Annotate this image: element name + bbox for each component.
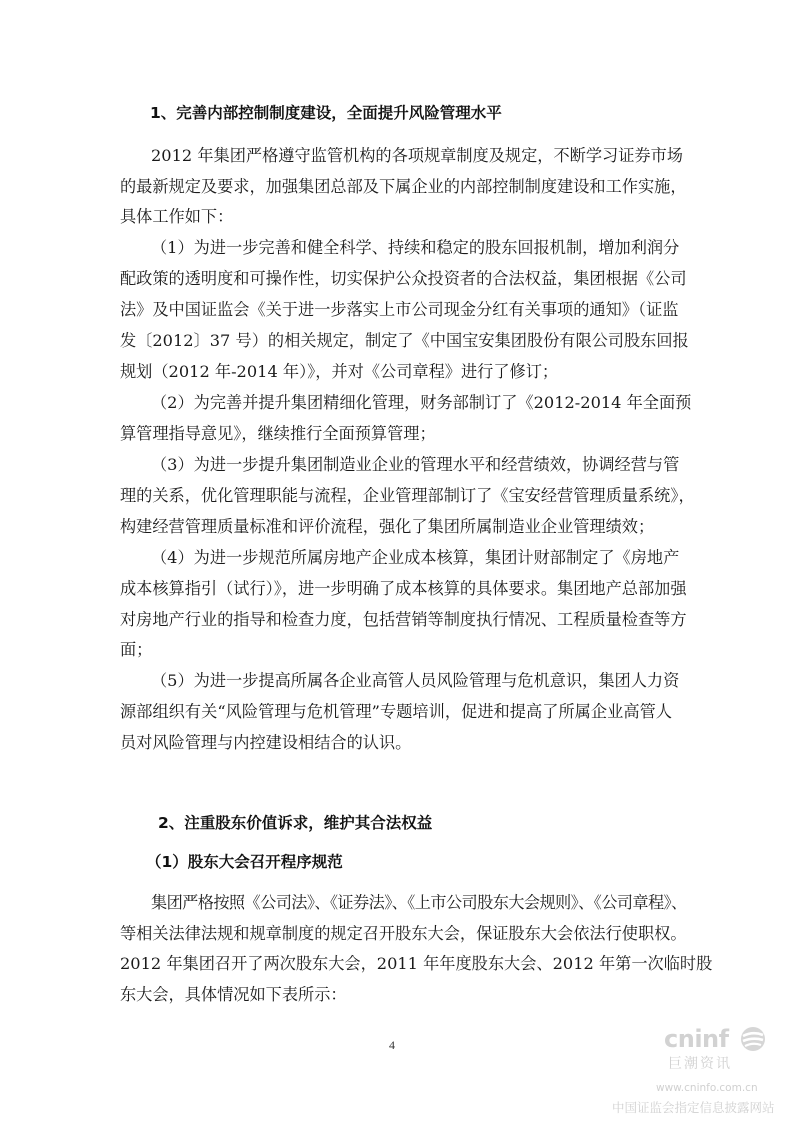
item-2-line-1: （2）为完善并提升集团精细化管理，财务部制订了《2012-2014 年全面预 xyxy=(151,388,672,418)
item-1-line-5: 规划（2012 年-2014 年）》，并对《公司章程》进行了修订； xyxy=(120,357,672,387)
intro-line-3: 具体工作如下： xyxy=(120,202,672,232)
section-2-line-3: 2012 年集团召开了两次股东大会，2011 年年度股东大会、2012 年第一次… xyxy=(120,949,672,979)
section-1-heading: 1、完善内部控制制度建设，全面提升风险管理水平 xyxy=(150,101,502,125)
document-page: 1、完善内部控制制度建设，全面提升风险管理水平 2012 年集团严格遵守监管机构… xyxy=(0,0,793,1122)
watermark-slogan: 中国证监会指定信息披露网站 xyxy=(612,1098,775,1116)
item-1-line-4: 发〔2012〕37 号）的相关规定，制定了《中国宝安集团股份有限公司股东回报 xyxy=(120,326,672,356)
item-4-line-4: 面； xyxy=(120,635,672,665)
item-3-line-1: （3）为进一步提升集团制造业企业的管理水平和经营绩效，协调经营与管 xyxy=(151,450,672,480)
section-2-line-2: 等相关法律法规和规章制度的规定召开股东大会，保证股东大会依法行使职权。 xyxy=(120,919,672,949)
cninfo-logo-icon xyxy=(740,1026,766,1052)
item-1-line-2: 配政策的透明度和可操作性，切实保护公众投资者的合法权益，集团根据《公司 xyxy=(120,264,672,294)
cninfo-watermark: cninf 巨潮资讯 www.cninfo.com.cn 中国证监会指定信息披露… xyxy=(612,1020,792,1120)
watermark-url: www.cninfo.com.cn xyxy=(656,1082,758,1094)
item-3-line-2: 理的关系，优化管理职能与流程，企业管理部制订了《宝安经营管理质量系统》， xyxy=(120,481,672,511)
item-5-line-2: 源部组织有关“风险管理与危机管理”专题培训，促进和提高了所属企业高管人 xyxy=(120,697,672,727)
section-2-line-1: 集团严格按照《公司法》、《证券法》、《上市公司股东大会规则》、《公司章程》、 xyxy=(151,888,672,918)
page-number: 4 xyxy=(389,1038,395,1053)
watermark-brand-cn: 巨潮资讯 xyxy=(668,1053,732,1073)
intro-line-1: 2012 年集团严格遵守监管机构的各项规章制度及规定，不断学习证券市场 xyxy=(151,141,672,171)
item-1-line-3: 法》及中国证监会《关于进一步落实上市公司现金分红有关事项的通知》（证监 xyxy=(120,295,672,325)
item-4-line-1: （4）为进一步规范所属房地产企业成本核算，集团计财部制定了《房地产 xyxy=(151,543,672,573)
item-5-line-3: 员对风险管理与内控建设相结合的认识。 xyxy=(120,728,672,758)
section-2-subheading: （1）股东大会召开程序规范 xyxy=(146,850,343,874)
section-2-line-4: 东大会，具体情况如下表所示： xyxy=(120,980,672,1010)
item-5-line-1: （5）为进一步提高所属各企业高管人员风险管理与危机意识，集团人力资 xyxy=(151,666,672,696)
watermark-logo-text: cninf xyxy=(664,1025,729,1053)
intro-line-2: 的最新规定及要求，加强集团总部及下属企业的内部控制制度建设和工作实施， xyxy=(120,172,672,202)
item-2-line-2: 算管理指导意见》，继续推行全面预算管理； xyxy=(120,419,672,449)
section-2-heading: 2、注重股东价值诉求，维护其合法权益 xyxy=(158,811,432,835)
item-1-line-1: （1）为进一步完善和健全科学、持续和稳定的股东回报机制，增加利润分 xyxy=(151,233,672,263)
item-4-line-3: 对房地产行业的指导和检查力度，包括营销等制度执行情况、工程质量检查等方 xyxy=(120,605,672,635)
item-3-line-3: 构建经营管理质量标准和评价流程，强化了集团所属制造业企业管理绩效； xyxy=(120,512,672,542)
item-4-line-2: 成本核算指引（试行）》，进一步明确了成本核算的具体要求。集团地产总部加强 xyxy=(120,574,672,604)
